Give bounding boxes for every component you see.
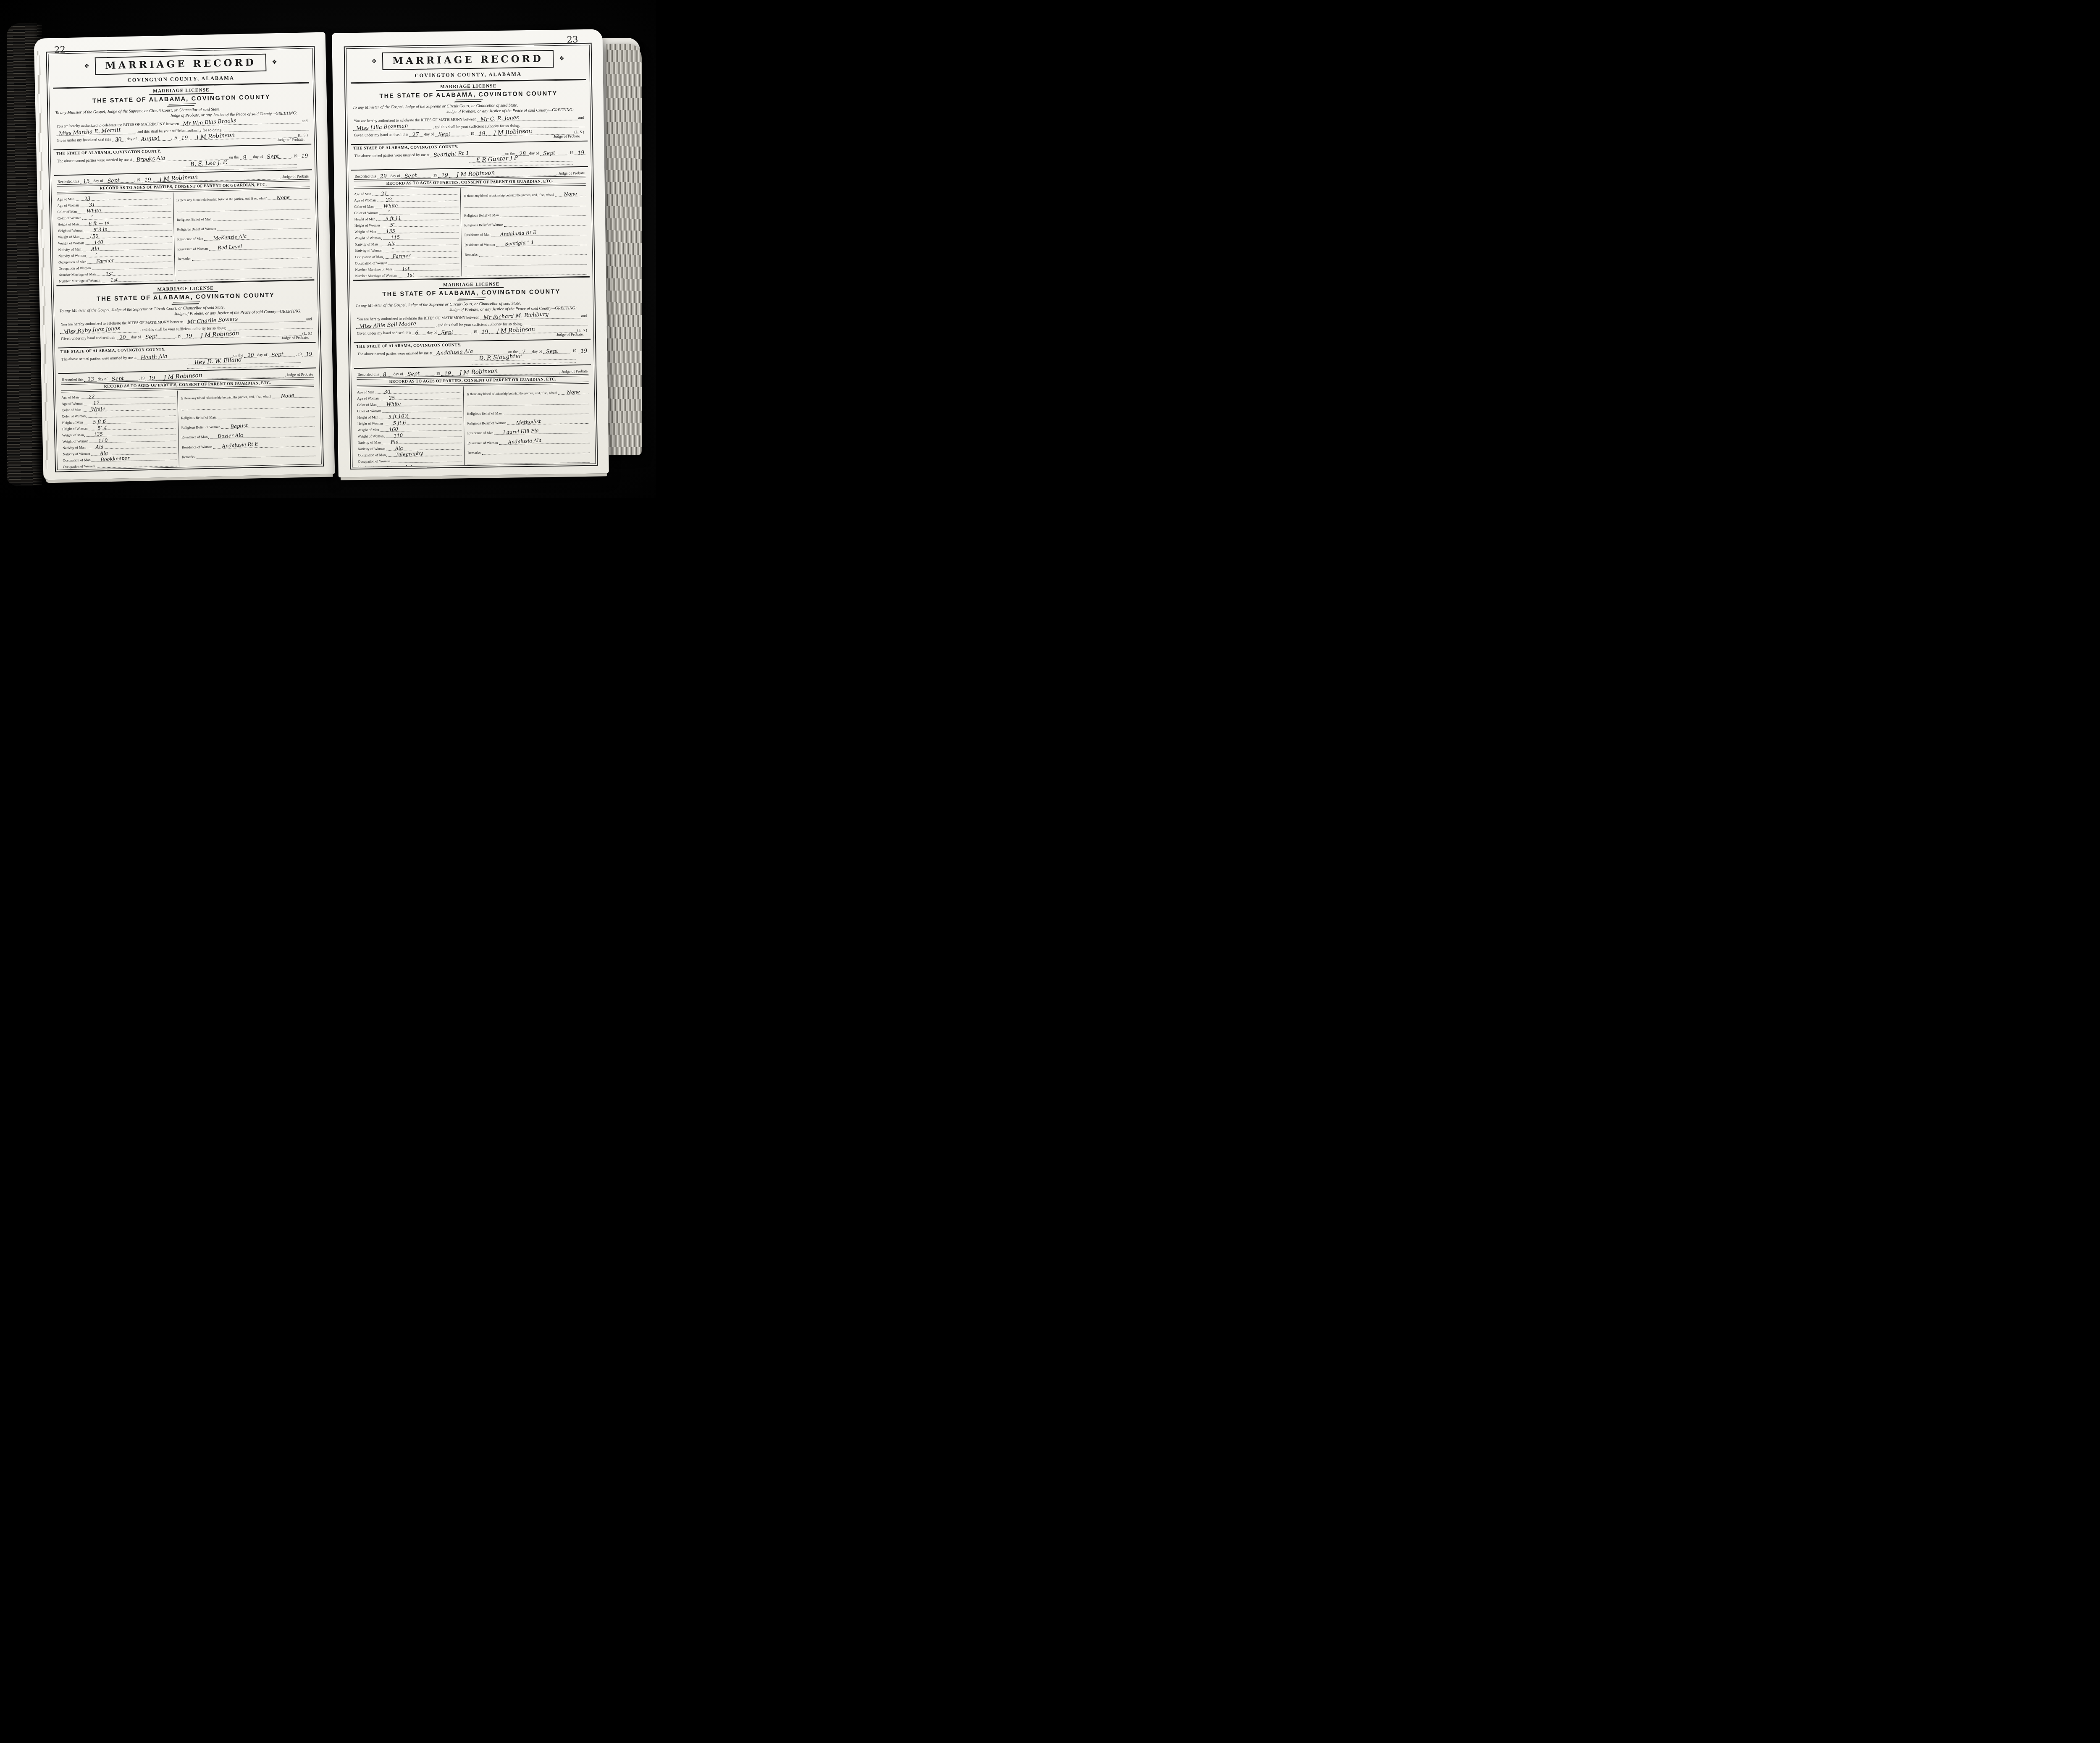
- field-label: Age of Man: [57, 197, 75, 202]
- ls-seal-label: (L. S.): [302, 331, 313, 335]
- ages-left-column: Age of Man23Age of Woman31Color of ManWh…: [57, 193, 175, 283]
- blank-field-row: [178, 268, 312, 280]
- book-scan-scene: 25 22 ❖ MARRIAGE RECORD ❖ COVINGTON COUN…: [0, 0, 656, 498]
- field-label: Age of Woman: [61, 401, 84, 406]
- field-label: Weight of Man: [62, 432, 84, 437]
- flourish-ornament: [171, 301, 200, 304]
- license-year: 19: [481, 329, 488, 334]
- blank-field-row: [465, 265, 587, 276]
- state-heading: THE STATE OF ALABAMA, COVINGTON COUNTY: [352, 90, 584, 100]
- field-label: Nativity of Woman: [58, 253, 87, 258]
- fleuron-left-icon: ❖: [84, 63, 89, 70]
- left-page-frame: ❖ MARRIAGE RECORD ❖ COVINGTON COUNTY, AL…: [46, 46, 324, 472]
- ages-grid: Age of Man22Age of Woman17Color of ManWh…: [61, 388, 316, 470]
- fleuron-right-icon: ❖: [272, 59, 277, 66]
- dotted-fill-line: Sept: [435, 128, 467, 136]
- field-label: Occupation of Man: [58, 259, 87, 264]
- dotted-fill-line: 1st: [396, 461, 462, 467]
- dotted-fill-line: 23: [84, 374, 97, 382]
- field-label: Occupation of Woman: [355, 261, 388, 265]
- recorded-day: 15: [83, 178, 90, 184]
- field-label: Age of Woman: [354, 198, 377, 202]
- dotted-fill-line: 19: [145, 373, 156, 381]
- field-value: 1st: [405, 464, 412, 467]
- dotted-fill-line: None: [268, 189, 310, 200]
- groom-name: Mr C. R. Jones: [480, 115, 519, 122]
- day-of-label: day of: [92, 179, 104, 183]
- day-of-label: day of: [393, 372, 404, 377]
- dotted-fill-line: Sept: [438, 327, 470, 335]
- recorded-month: Sept: [404, 173, 417, 178]
- field-label: Nativity of Man: [58, 247, 82, 252]
- dotted-fill-line: Sept: [401, 170, 430, 178]
- bride-name: Miss Lilla Bozeman: [356, 123, 408, 131]
- day-of-label: day of: [126, 137, 138, 142]
- year-prefix: , 19: [134, 178, 141, 183]
- field-label: Occupation of Woman: [63, 464, 96, 469]
- field-value: 1st: [110, 277, 118, 283]
- left-page-content: ❖ MARRIAGE RECORD ❖ COVINGTON COUNTY, AL…: [48, 48, 321, 470]
- dotted-fill-line: J M Robinson: [449, 168, 556, 178]
- field-label: Age of Woman: [357, 396, 380, 401]
- field-label: Number Marriage of Man: [59, 272, 97, 277]
- recorded-judge-signature: J M Robinson: [159, 174, 198, 182]
- license-year: 19: [185, 333, 192, 338]
- married-year: 19: [580, 348, 588, 354]
- page-stack-edge: [606, 44, 642, 455]
- dotted-fill-line: 19: [141, 175, 152, 183]
- field-label: Weight of Man: [354, 229, 377, 234]
- field-label: Height of Man: [58, 222, 79, 226]
- ages-grid: Age of Man23Age of Woman31Color of ManWh…: [57, 189, 312, 283]
- right-page: 23 ❖ MARRIAGE RECORD ❖ COVINGTON COUNTY,…: [332, 29, 609, 477]
- dotted-fill-line: 19: [475, 128, 486, 136]
- dotted-fill-line: 1st: [397, 270, 459, 277]
- field-label: Height of Man: [357, 415, 379, 419]
- recorded-year: 19: [144, 177, 151, 183]
- married-year: 19: [301, 153, 308, 158]
- license-record: MARRIAGE LICENSETHE STATE OF ALABAMA, CO…: [59, 283, 316, 470]
- dotted-fill-line: Sept: [104, 175, 134, 183]
- ages-right-column: Is there any blood relationship betwixt …: [173, 189, 312, 280]
- year-prefix: , 19: [467, 132, 475, 136]
- field-label: Nativity of Woman: [355, 248, 383, 253]
- dotted-fill-line: 29: [377, 171, 389, 178]
- field-label: Weight of Woman: [58, 241, 85, 245]
- record-slot-2: MARRIAGE LICENSETHE STATE OF ALABAMA, CO…: [59, 283, 316, 470]
- field-label: Nativity of Man: [355, 242, 379, 246]
- ages-left-column: Age of Man30Age of Woman25Color of ManWh…: [357, 386, 465, 467]
- license-month: Sept: [438, 131, 451, 137]
- dotted-fill-line: 19: [438, 170, 449, 178]
- dotted-fill-line: 15: [80, 176, 92, 184]
- license-heading: MARRIAGE LICENSE: [149, 87, 214, 95]
- field-label: Height of Man: [354, 217, 376, 221]
- license-day: 30: [115, 136, 122, 142]
- field-label: Weight of Woman: [354, 236, 381, 240]
- day-of-label: day of: [390, 174, 402, 178]
- field-label: Color of Woman: [357, 409, 382, 413]
- field-label: Number Marriage of Man: [355, 267, 393, 272]
- judge-signature: J M Robinson: [496, 326, 535, 334]
- field-label: Weight of Man: [357, 427, 380, 432]
- field-label: Height of Man: [62, 420, 84, 425]
- recorded-year: 19: [444, 371, 451, 376]
- license-heading: MARRIAGE LICENSE: [153, 286, 218, 293]
- bride-name: Miss Allie Bell Moore: [359, 321, 416, 329]
- ls-seal-label: (L. S.): [297, 134, 308, 138]
- field-label: Residence of Man: [181, 435, 208, 439]
- field-value: 1st: [407, 273, 414, 278]
- ages-right-column: Is there any blood relationship betwixt …: [464, 385, 590, 467]
- dotted-fill-line: 8: [380, 369, 392, 377]
- dotted-fill-line: 20: [116, 332, 130, 340]
- dotted-fill-line: Sept: [540, 148, 567, 156]
- flourish-ornament: [454, 100, 483, 102]
- license-record: MARRIAGE LICENSETHE STATE OF ALABAMA, CO…: [352, 81, 587, 278]
- county-line: COVINGTON COUNTY, ALABAMA: [352, 70, 584, 80]
- judge-signature: J M Robinson: [196, 132, 235, 140]
- dotted-fill-line: J M Robinson: [489, 325, 576, 334]
- license-month: Sept: [441, 329, 454, 335]
- ages-grid: Age of Man21Age of Woman22Color of ManWh…: [354, 186, 587, 278]
- field-value: 1st: [110, 469, 118, 470]
- field-label: Occupation of Woman: [358, 459, 391, 464]
- right-page-content: ❖ MARRIAGE RECORD ❖ COVINGTON COUNTY, AL…: [346, 45, 596, 467]
- dotted-fill-line: None: [555, 186, 586, 197]
- year-prefix: , 19: [430, 173, 438, 178]
- married-place: Heath Ala: [141, 354, 168, 361]
- field-label: Occupation of Woman: [58, 266, 92, 271]
- license-year: 19: [478, 131, 486, 136]
- title-block: ❖ MARRIAGE RECORD ❖: [382, 50, 554, 70]
- license-year: 19: [181, 135, 188, 141]
- field-label: Color of Man: [357, 402, 377, 407]
- dotted-fill-line: 19: [577, 346, 588, 353]
- dotted-fill-line: J M Robinson: [486, 127, 573, 136]
- flourish-ornament: [167, 103, 196, 106]
- field-label: Color of Woman: [354, 210, 379, 215]
- recorded-year: 19: [441, 173, 448, 178]
- recorded-day: 23: [87, 377, 94, 382]
- state-heading: THE STATE OF ALABAMA, COVINGTON COUNTY: [355, 288, 587, 298]
- judge-signature: J M Robinson: [200, 330, 239, 338]
- ls-seal-label: (L. S.): [576, 328, 588, 333]
- dotted-fill-line: 30: [112, 134, 126, 142]
- judge-signature: J M Robinson: [493, 128, 532, 136]
- field-label: Color of Man: [62, 407, 82, 412]
- year-prefix: , 19: [170, 136, 178, 141]
- recorded-day: 29: [380, 173, 387, 179]
- title-block: ❖ MARRIAGE RECORD ❖: [95, 54, 266, 75]
- field-label: Number Marriage of Woman: [59, 278, 101, 283]
- ages-left-column: Age of Man21Age of Woman22Color of ManWh…: [354, 188, 462, 278]
- dotted-fill-line: Sept: [543, 346, 570, 354]
- dotted-fill-line: 27: [409, 129, 423, 137]
- fleuron-left-icon: ❖: [371, 58, 377, 65]
- field-label: Number Marriage of Man: [358, 465, 396, 468]
- dotted-fill-line: [465, 264, 587, 276]
- ages-right-column: Is there any blood relationship betwixt …: [178, 388, 316, 470]
- right-page-frame: ❖ MARRIAGE RECORD ❖ COVINGTON COUNTY, AL…: [344, 43, 598, 470]
- field-label: Nativity of Woman: [63, 451, 91, 456]
- record-slot-3: MARRIAGE LICENSETHE STATE OF ALABAMA, CO…: [352, 81, 587, 278]
- field-label: Religious Belief of Man: [177, 217, 213, 222]
- blank-field-row: [182, 456, 316, 469]
- field-label: Nativity of Man: [63, 445, 87, 450]
- dotted-fill-line: August: [137, 133, 170, 142]
- year-prefix: , 19: [175, 334, 182, 339]
- dotted-fill-line: J M Robinson: [452, 367, 559, 376]
- field-label: Weight of Man: [58, 234, 80, 239]
- year-prefix: , 19: [138, 376, 145, 381]
- field-label: Residence of Man: [467, 431, 494, 435]
- ages-left-column: Age of Man22Age of Woman17Color of ManWh…: [61, 391, 179, 470]
- recorded-judge-signature: J M Robinson: [163, 372, 202, 380]
- year-prefix: , 19: [433, 372, 441, 376]
- recorded-judge-signature: J M Robinson: [459, 368, 498, 376]
- field-label: Religious Belief of Man: [467, 411, 503, 416]
- recorded-judge-signature: J M Robinson: [456, 170, 495, 178]
- field-label: Nativity of Woman: [358, 446, 386, 451]
- license-day: 6: [415, 330, 419, 335]
- dotted-fill-line: 6: [412, 328, 426, 335]
- recorded-year: 19: [149, 375, 156, 380]
- dotted-fill-line: 19: [298, 150, 309, 158]
- license-day: 27: [412, 132, 419, 137]
- page-title: MARRIAGE RECORD: [95, 54, 266, 75]
- field-label: Religious Belief of Man: [181, 415, 217, 420]
- year-prefix: , 19: [470, 330, 478, 334]
- married-year: 19: [306, 351, 313, 356]
- dotted-fill-line: 19: [574, 147, 585, 155]
- license-month: August: [141, 135, 160, 142]
- dotted-fill-line: Sept: [404, 368, 433, 376]
- married-place: Brooks Ala: [136, 155, 165, 163]
- dotted-fill-line: 19: [441, 368, 452, 376]
- license-heading: MARRIAGE LICENSE: [436, 84, 501, 91]
- field-label: Age of Man: [354, 191, 372, 196]
- field-label: Residence of Man: [177, 236, 204, 241]
- field-label: Occupation of Man: [355, 254, 383, 259]
- dotted-fill-line: Sept: [142, 331, 175, 340]
- field-label: Weight of Woman: [357, 434, 384, 438]
- record-slot-4: MARRIAGE LICENSETHE STATE OF ALABAMA, CO…: [355, 280, 590, 467]
- day-of-label: day of: [130, 335, 142, 340]
- page-title: MARRIAGE RECORD: [382, 50, 554, 70]
- dotted-fill-line: 1st: [101, 274, 173, 283]
- field-label: Color of Man: [58, 210, 78, 214]
- dotted-fill-line: Sept: [108, 373, 138, 381]
- dotted-fill-line: None: [558, 384, 589, 395]
- day-of-label: day of: [423, 132, 435, 137]
- field-label: Religious Belief of Man: [464, 213, 500, 218]
- left-page: 22 ❖ MARRIAGE RECORD ❖ COVINGTON COUNTY,…: [34, 32, 335, 480]
- field-label: Number Marriage of Woman: [355, 273, 398, 278]
- field-label: Age of Man: [357, 390, 375, 394]
- married-place: Searight Rt 1: [433, 150, 469, 157]
- license-month: Sept: [145, 334, 157, 340]
- record-slot-1: MARRIAGE LICENSETHE STATE OF ALABAMA, CO…: [55, 85, 312, 283]
- recorded-month: Sept: [407, 371, 420, 377]
- field-label: Nativity of Man: [358, 440, 382, 445]
- dotted-fill-line: 9: [239, 152, 252, 160]
- dotted-fill-line: 20: [244, 350, 256, 358]
- field-label: Age of Woman: [57, 203, 80, 207]
- married-year: 19: [577, 150, 585, 155]
- dotted-fill-line: 19: [478, 326, 489, 334]
- field-label: Occupation of Man: [63, 458, 91, 462]
- married-place: Andalusia Ala: [436, 349, 473, 356]
- license-day: 20: [119, 335, 126, 340]
- field-label: Color of Man: [354, 204, 374, 209]
- recorded-month: Sept: [112, 376, 124, 382]
- license-record: MARRIAGE LICENSETHE STATE OF ALABAMA, CO…: [55, 85, 312, 283]
- recorded-day: 8: [383, 372, 387, 377]
- field-label: Age of Man: [61, 395, 79, 400]
- field-label: Residence of Man: [465, 233, 491, 237]
- dotted-fill-line: 19: [302, 349, 313, 356]
- dotted-fill-line: None: [272, 387, 315, 398]
- dotted-fill-line: 19: [182, 331, 193, 339]
- flourish-ornament: [457, 297, 486, 300]
- day-of-label: day of: [97, 377, 109, 382]
- fleuron-right-icon: ❖: [559, 55, 564, 62]
- field-label: Color of Woman: [58, 215, 82, 220]
- ls-seal-label: (L. S.): [573, 130, 585, 134]
- license-record: MARRIAGE LICENSETHE STATE OF ALABAMA, CO…: [355, 280, 590, 467]
- field-label: Weight of Woman: [62, 439, 89, 443]
- day-of-label: day of: [426, 330, 438, 335]
- dotted-fill-line: 19: [178, 133, 189, 141]
- recorded-month: Sept: [107, 178, 120, 183]
- field-label: Color of Woman: [62, 414, 87, 418]
- field-label: Occupation of Man: [358, 453, 386, 457]
- ages-right-column: Is there any blood relationship betwixt …: [461, 186, 587, 276]
- ages-grid: Age of Man30Age of Woman25Color of ManWh…: [357, 385, 590, 467]
- license-heading: MARRIAGE LICENSE: [439, 282, 504, 289]
